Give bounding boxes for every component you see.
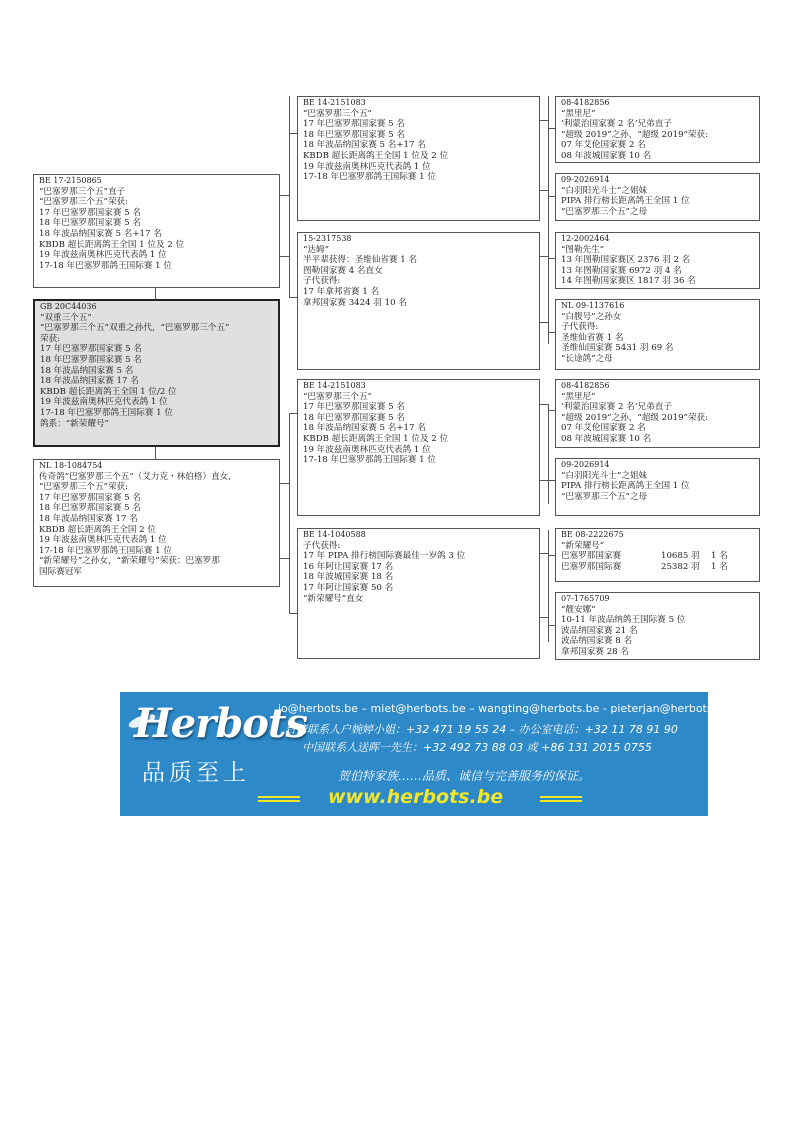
ring-number: 07-1765709 [561,594,754,605]
card-line: 18 年巴塞罗那国家赛 5 名 [39,218,274,229]
decorative-double-line [258,796,300,798]
placing: 1 名 [711,562,728,573]
ring-number: 08-4182856 [561,98,754,109]
card-line: 圣维仙国家赛 5431 羽 69 名 [561,343,754,354]
ggp-card-6: 09-2026914 “白羽阳光斗士”之姐妹 PIPA 排行榜长距离鸽王全国 1… [555,458,760,516]
card-line: 传奇鸽“巴塞罗那三个五”（艾力克・林伯格）直女, [39,472,274,483]
connector [540,190,548,191]
card-line: KBDB 超长距离鸽王全国 1 位/2 位 [40,387,273,398]
card-line: 18 年巴塞罗那国家赛 5 名 [303,413,534,424]
card-line: 17 年巴塞罗那国家赛 5 名 [303,119,534,130]
dam-sire-card: BE 14-2151083 “巴塞罗那三个五” 17 年巴塞罗那国家赛 5 名 … [297,379,540,516]
ring-number: BE 14-2151083 [303,98,534,109]
card-line: 图勒国家赛 4 名直女 [303,266,534,277]
race-name: 巴塞罗那国际赛 [561,562,661,573]
bird-name: “黑里尼” [561,109,754,120]
card-line: 13 年图勒国家赛 6972 羽 4 名 [561,266,754,277]
card-line: KBDB 超长距离鸽王全国 1 位及 2 位 [303,151,534,162]
card-line: 18 年巴塞罗那国家赛 5 名 [40,355,273,366]
bird-name: “双重三个五” [40,313,273,324]
card-line: “巴塞罗那三个五”之母 [561,492,754,503]
card-line: PIPA 排行榜长距离鸽王全国 1 位 [561,481,754,492]
card-line: 17 年巴塞罗那国家赛 5 名 [40,344,273,355]
card-line: 19 年波兹南奥林匹克代表鸽 1 位 [39,250,274,261]
card-line: 17 年巴塞罗那国家赛 5 名 [303,402,534,413]
connector [289,297,297,298]
connector [289,613,297,614]
card-line: 子代获得: [561,322,754,333]
card-line: 17 年阿让国家赛 50 名 [303,583,534,594]
card-line: 17-18 年巴塞罗那鸽王国际赛 1 位 [303,172,534,183]
connector [289,413,297,414]
card-line: 鸽系：“新荣耀号” [40,419,273,430]
card-line: 圣维仙省赛 1 名 [561,333,754,344]
card-line: 拿邦国家赛 28 名 [561,647,754,658]
card-line: 国际赛冠军 [39,567,274,578]
result-row: 巴塞罗那国际赛25382 羽1 名 [561,562,754,573]
website-link[interactable]: www.herbots.be [328,786,503,808]
connector [280,256,289,257]
card-line: 13 年图勒国家赛区 2376 羽 2 名 [561,255,754,266]
card-line: 18 年波品纳国家赛 5 名 [40,366,273,377]
result-row: 巴塞罗那国家赛10685 羽1 名 [561,551,754,562]
connector [540,480,548,481]
card-line: 16 年阿让国家赛 17 名 [303,562,534,573]
card-line: “巴塞罗那三个五”直子 [39,187,274,198]
card-line: 拿邦国家赛 3424 羽 10 名 [303,298,534,309]
connector [289,96,290,297]
card-line: 荣获: [40,334,273,345]
ring-number: BE 14-1040588 [303,530,534,541]
card-line: 08 年波城国家赛 10 名 [561,151,754,162]
bird-name: “图勒先生” [561,245,754,256]
connector [548,555,555,556]
ggp-card-7: BE 08-2222675 “新荣耀号” 巴塞罗那国家赛10685 羽1 名 巴… [555,528,760,582]
card-line: 17-18 年巴塞罗那鸽王国际赛 1 位 [39,546,274,557]
card-line: 17 年拿邦省赛 1 名 [303,287,534,298]
contact-emails[interactable]: jo@herbots.be – miet@herbots.be – wangti… [278,702,708,715]
card-line: “巴塞罗那三个五”双重之孙代，“巴塞罗那三个五” [40,323,273,334]
subject-card: GB 20C44036 “双重三个五” “巴塞罗那三个五”双重之孙代，“巴塞罗那… [33,299,280,447]
ring-number: BE 17-2150865 [39,176,274,187]
card-line: 18 年波品纳国家赛 5 名+17 名 [303,423,534,434]
card-line: “白羽阳光斗士”之姐妹 [561,471,754,482]
connector [280,483,289,484]
connector [289,133,297,134]
ring-number: BE 08-2222675 [561,530,754,541]
bird-name: “巴塞罗那三个五” [303,109,534,120]
ggp-card-2: 09-2026914 “白羽阳光斗士”之姐妹 PIPA 排行榜长距离鸽王全国 1… [555,173,760,221]
tagline: 贺伯特家族……品质、诚信与完善服务的保证。 [338,767,590,784]
dam-dam-card: BE 14-1040588 子代获得: 17 年 PIPA 排行榜国际赛最佳一岁… [297,528,540,659]
race-name: 巴塞罗那国家赛 [561,551,661,562]
card-line: 18 年波品纳国家赛 5 名+17 名 [303,140,534,151]
connector [289,413,290,614]
ggp-card-5: 08-4182856 “黑里尼” ‘利蒙治国家赛 2 名’兄弟直子 “超级 20… [555,379,760,448]
card-line: 18 年巴塞罗那国家赛 5 名 [303,130,534,141]
card-line: 18 年波城国家赛 18 名 [303,572,534,583]
ggp-card-3: 12-2002464 “图勒先生” 13 年图勒国家赛区 2376 羽 2 名 … [555,232,760,289]
card-line: ‘利蒙治国家赛 2 名’兄弟直子 [561,119,754,130]
card-line: “巴塞罗那三个五”荣获: [39,197,274,208]
card-line: 18 年波品纳国家赛 17 名 [39,514,274,525]
card-line: 19 年波兹南奥林匹克代表鸽 1 位 [39,535,274,546]
connector [548,480,555,481]
dam-card: NL 18-1084754 传奇鸽“巴塞罗那三个五”（艾力克・林伯格）直女, “… [33,459,280,587]
card-line: 子代获得: [303,276,534,287]
card-line: KBDB 超长距离鸽王全国 2 位 [39,525,274,536]
card-line: “巴塞罗那三个五”荣获: [39,482,274,493]
bird-name: “黑里尼” [561,392,754,403]
card-line: “白羽阳光斗士”之姐妹 [561,186,754,197]
ggp-card-1: 08-4182856 “黑里尼” ‘利蒙治国家赛 2 名’兄弟直子 “超级 20… [555,96,760,163]
sire-card: BE 17-2150865 “巴塞罗那三个五”直子 “巴塞罗那三个五”荣获: 1… [33,174,280,288]
card-line: “白腹号”之孙女 [561,312,754,323]
connector [548,196,555,197]
ring-number: 09-2026914 [561,460,754,471]
connector [540,322,548,323]
ggp-card-4: NL 09-1137616 “白腹号”之孙女 子代获得: 圣维仙省赛 1 名 圣… [555,299,760,370]
card-line: ‘利蒙治国家赛 2 名’兄弟直子 [561,402,754,413]
connector [548,625,555,626]
card-line: 17 年巴塞罗那国家赛 5 名 [39,493,274,504]
sire-dam-card: 15-2317538 “达姆” 半平辈获得：圣维仙省赛 1 名 图勒国家赛 4 … [297,232,540,370]
connector [540,120,548,121]
ring-number: BE 14-2151083 [303,381,534,392]
connector [548,128,555,129]
card-line: 10-11 年波品纳鸽王国际赛 5 位 [561,615,754,626]
ggp-card-8: 07-1765709 “靓安娜” 10-11 年波品纳鸽王国际赛 5 位 波品纳… [555,592,760,660]
slogan: 品质至上 [142,754,250,787]
card-line: 19 年波兹南奥林匹克代表鸽 1 位 [40,397,273,408]
card-line: 18 年波品纳国家赛 5 名+17 名 [39,229,274,240]
bird-count: 10685 羽 [661,551,711,562]
bird-name: “新荣耀号” [561,541,754,552]
card-line: “巴塞罗那三个五”之母 [561,207,754,218]
connector [548,96,549,244]
card-line: 19 年波兹南奥林匹克代表鸽 1 位 [303,445,534,456]
connector [548,410,555,411]
connector [548,332,555,333]
card-line: 07 年艾伦国家赛 2 名 [561,140,754,151]
card-line: 17-18 年巴塞罗那鸽王国际赛 1 位 [39,261,274,272]
card-line: “超级 2019”之孙，“超级 2019”荣获: [561,130,754,141]
decorative-double-line [540,796,582,798]
card-line: 18 年巴塞罗那国家赛 5 名 [39,503,274,514]
herbots-banner: Herbots 品质至上 jo@herbots.be – miet@herbot… [120,692,708,816]
card-line: 17 年 PIPA 排行榜国际赛最佳一岁鸽 3 位 [303,551,534,562]
connector [155,288,156,299]
bird-count: 25382 羽 [661,562,711,573]
connector [548,244,549,344]
taiwan-contact: 台湾联系人户婉婷小姐：+32 471 19 55 24 – 办公室电话：+32 … [285,721,678,737]
card-line: 17-18 年巴塞罗那鸽王国际赛 1 位 [303,455,534,466]
ring-number: GB 20C44036 [40,302,273,313]
connector [548,404,549,504]
card-line: 17 年巴塞罗那国家赛 5 名 [39,208,274,219]
connector [540,553,548,554]
connector [540,617,548,618]
card-line: 17-18 年巴塞罗那鸽王国际赛 1 位 [40,408,273,419]
placing: 1 名 [711,551,728,562]
card-line: “超级 2019”之孙，“超级 2019”荣获: [561,413,754,424]
card-line: “新荣耀号”之孙女，“新荣耀号”荣获：巴塞罗那 [39,556,274,567]
connector [548,258,555,259]
card-line: 波品纳国家赛 8 名 [561,636,754,647]
card-line: 子代获得: [303,541,534,552]
ring-number: 09-2026914 [561,175,754,186]
card-line: 波品纳国家赛 21 名 [561,626,754,637]
bird-name: “达姆” [303,245,534,256]
card-line: 08 年波城国家赛 10 名 [561,434,754,445]
connector [540,404,548,405]
connector [155,447,156,459]
connector [540,256,548,257]
card-line: 18 年波品纳国家赛 17 名 [40,376,273,387]
ring-number: NL 18-1084754 [39,461,274,472]
ring-number: NL 09-1137616 [561,301,754,312]
card-line: “新荣耀号”直女 [303,594,534,605]
card-line: KBDB 超长距离鸽王全国 1 位及 2 位 [303,434,534,445]
connector [280,558,289,559]
card-line: “长途鸽”之母 [561,354,754,365]
connector [280,195,289,196]
card-line: PIPA 排行榜长距离鸽王全国 1 位 [561,196,754,207]
bird-name: “靓安娜” [561,605,754,616]
ring-number: 08-4182856 [561,381,754,392]
ring-number: 15-2317538 [303,234,534,245]
sire-sire-card: BE 14-2151083 “巴塞罗那三个五” 17 年巴塞罗那国家赛 5 名 … [297,96,540,221]
bird-name: “巴塞罗那三个五” [303,392,534,403]
card-line: 半平辈获得：圣维仙省赛 1 名 [303,255,534,266]
china-contact: 中国联系人送晖一先生：+32 492 73 88 03 或 +86 131 20… [302,739,652,755]
card-line: 19 年波兹南奥林匹克代表鸽 1 位 [303,162,534,173]
ring-number: 12-2002464 [561,234,754,245]
card-line: KBDB 超长距离鸽王全国 1 位及 2 位 [39,240,274,251]
card-line: 14 年图勒国家赛区 1817 羽 36 名 [561,276,754,287]
card-line: 07 年艾伦国家赛 2 名 [561,423,754,434]
